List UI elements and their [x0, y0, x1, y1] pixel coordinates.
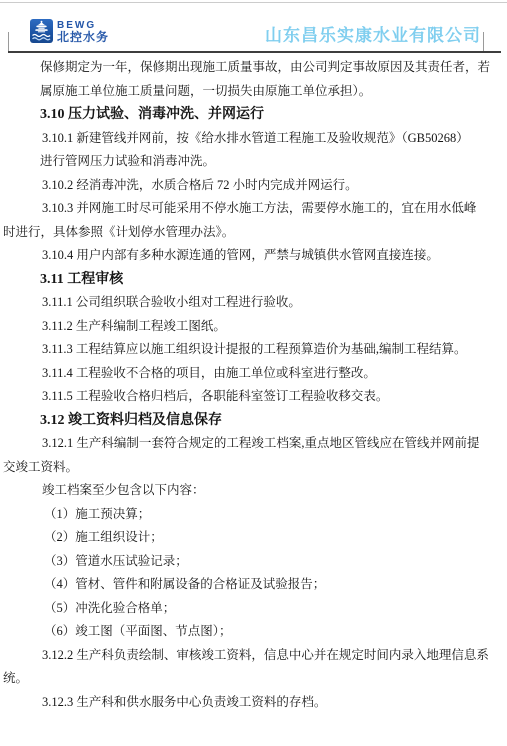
paragraph: 3.11.3 工程结算应以施工组织设计提报的工程预算造价为基础,编制工程结算。 — [0, 338, 507, 362]
paragraph: 3.12.2 生产科负责绘制、审核竣工资料，信息中心并在规定时间内录入地理信息系… — [0, 644, 507, 691]
paragraph: 3.10.3 并网施工时尽可能采用不停水施工方法，需要停水施工的，宜在用水低峰时… — [0, 197, 507, 244]
text-line: 3.10.4 用户内部有多种水源连通的管网，严禁与城镇供水管网直接连接。 — [0, 244, 507, 268]
document-page: BEWG 北控水务 山东昌乐实康水业有限公司 保修期定为一年，保修期出现施工质量… — [0, 0, 507, 746]
text-line: 保修期定为一年，保修期出现施工质量事故，由公司判定事故原因及其责任者，若 — [0, 56, 507, 80]
logo-brand-cn: 北控水务 — [57, 31, 109, 44]
header-top-border — [0, 2, 507, 3]
paragraph: 3.11.5 工程验收合格归档后，各职能科室签订工程验收移交表。 — [0, 385, 507, 409]
paragraph: 竣工档案至少包含以下内容： — [0, 479, 507, 503]
list-item: （3）管道水压试验记录； — [0, 550, 507, 574]
paragraph: 3.12.3 生产科和供水服务中心负责竣工资料的存档。 — [0, 691, 507, 715]
text-line: （2）施工组织设计； — [0, 526, 507, 550]
text-line: 竣工档案至少包含以下内容： — [0, 479, 507, 503]
paragraph: 3.11.1 公司组织联合验收小组对工程进行验收。 — [0, 291, 507, 315]
heading-line: 3.10 压力试验、消毒冲洗、并网运行 — [0, 103, 507, 127]
text-line: （1）施工预决算； — [0, 503, 507, 527]
text-line: 3.11.5 工程验收合格归档后，各职能科室签订工程验收移交表。 — [0, 385, 507, 409]
list-item: （4）管材、管件和附属设备的合格证及试验报告； — [0, 573, 507, 597]
text-line: 3.12.2 生产科负责绘制、审核竣工资料，信息中心并在规定时间内录入地理信息系 — [0, 644, 507, 668]
list-item: （2）施工组织设计； — [0, 526, 507, 550]
paragraph: 3.11.2 生产科编制工程竣工图纸。 — [0, 315, 507, 339]
header-left-tick — [8, 32, 9, 52]
text-line: 属原施工单位施工质量问题，一切损失由原施工单位承担）。 — [0, 80, 507, 104]
header-right-tick — [483, 32, 484, 52]
text-line: 时进行，具体参照《计划停水管理办法》。 — [0, 221, 507, 245]
heading-line: 3.11 工程审核 — [0, 268, 507, 292]
text-line: 3.10.3 并网施工时尽可能采用不停水施工方法，需要停水施工的，宜在用水低峰 — [0, 197, 507, 221]
list-item: （1）施工预决算； — [0, 503, 507, 527]
section-heading: 3.11 工程审核 — [0, 268, 507, 292]
logo-wordmark: BEWG 北控水务 — [57, 19, 109, 44]
text-line: 3.10.2 经消毒冲洗，水质合格后 72 小时内完成并网运行。 — [0, 174, 507, 198]
paragraph: 3.10.1 新建管线并网前，按《给水排水管道工程施工及验收规范》（GB5026… — [0, 127, 507, 174]
text-line: （6）竣工图（平面图、节点图）； — [0, 620, 507, 644]
text-line: 3.11.2 生产科编制工程竣工图纸。 — [0, 315, 507, 339]
heading-line: 3.12 竣工资料归档及信息保存 — [0, 409, 507, 433]
list-item: （5）冲洗化验合格单； — [0, 597, 507, 621]
text-line: 进行管网压力试验和消毒冲洗。 — [0, 150, 507, 174]
section-heading: 3.12 竣工资料归档及信息保存 — [0, 409, 507, 433]
text-line: 3.10.1 新建管线并网前，按《给水排水管道工程施工及验收规范》（GB5026… — [0, 127, 507, 151]
text-line: （3）管道水压试验记录； — [0, 550, 507, 574]
bewg-temple-water-icon — [30, 19, 53, 43]
text-line: （5）冲洗化验合格单； — [0, 597, 507, 621]
company-name: 山东昌乐实康水业有限公司 — [265, 21, 481, 46]
text-line: 3.12.1 生产科编制一套符合规定的工程竣工档案,重点地区管线应在管线并网前提 — [0, 432, 507, 456]
text-line: 3.11.1 公司组织联合验收小组对工程进行验收。 — [0, 291, 507, 315]
header-rule — [8, 51, 501, 53]
paragraph: 3.12.1 生产科编制一套符合规定的工程竣工档案,重点地区管线应在管线并网前提… — [0, 432, 507, 479]
paragraph: 3.10.2 经消毒冲洗，水质合格后 72 小时内完成并网运行。 — [0, 174, 507, 198]
page-header: BEWG 北控水务 山东昌乐实康水业有限公司 — [0, 0, 507, 53]
paragraph: 3.10.4 用户内部有多种水源连通的管网，严禁与城镇供水管网直接连接。 — [0, 244, 507, 268]
paragraph: 3.11.4 工程验收不合格的项目，由施工单位或科室进行整改。 — [0, 362, 507, 386]
text-line: 3.11.4 工程验收不合格的项目，由施工单位或科室进行整改。 — [0, 362, 507, 386]
paragraph: 保修期定为一年，保修期出现施工质量事故，由公司判定事故原因及其责任者，若属原施工… — [0, 56, 507, 103]
text-line: 3.11.3 工程结算应以施工组织设计提报的工程预算造价为基础,编制工程结算。 — [0, 338, 507, 362]
document-body: 保修期定为一年，保修期出现施工质量事故，由公司判定事故原因及其责任者，若属原施工… — [0, 53, 507, 714]
company-logo: BEWG 北控水务 — [30, 19, 109, 44]
list-item: （6）竣工图（平面图、节点图）； — [0, 620, 507, 644]
text-line: 3.12.3 生产科和供水服务中心负责竣工资料的存档。 — [0, 691, 507, 715]
text-line: 交竣工资料。 — [0, 456, 507, 480]
section-heading: 3.10 压力试验、消毒冲洗、并网运行 — [0, 103, 507, 127]
text-line: 统。 — [0, 667, 507, 691]
text-line: （4）管材、管件和附属设备的合格证及试验报告； — [0, 573, 507, 597]
